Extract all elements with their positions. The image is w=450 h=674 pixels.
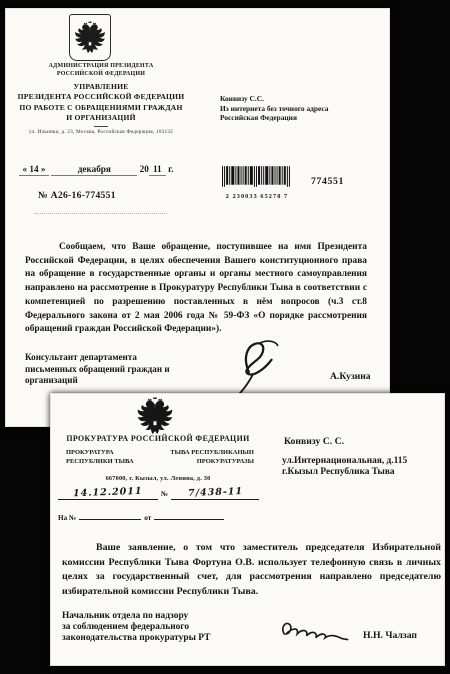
org-dept-line3: ПО РАБОТЕ С ОБРАЩЕНИЯМИ ГРАЖДАН xyxy=(5,103,197,113)
barcode: 2 230033 65278 7 xyxy=(221,166,293,200)
barcode-digits: 2 230033 65278 7 xyxy=(221,193,293,200)
recipient-address-line2: Российская Федерация xyxy=(220,113,328,123)
russia-coat-of-arms-icon xyxy=(74,19,106,57)
handwritten-number-value: 7/438-11 xyxy=(187,486,242,499)
barcode-number: 774551 xyxy=(311,176,344,187)
signer-name: А.Кузина xyxy=(330,371,371,382)
date-line: « 14 » декабря 2011 г. xyxy=(19,164,174,176)
signer-title-line2: письменных обращений граждан и xyxy=(25,364,235,376)
signer-title-line2: за соблюдением федерального xyxy=(62,622,292,633)
letter-body: Сообщаем, что Ваше обращение, поступивше… xyxy=(25,241,367,337)
na-label: На № xyxy=(58,514,76,522)
na-blank xyxy=(79,511,141,520)
recipient-address-line2: г.Кызыл Республика Тыва xyxy=(282,467,407,478)
date-month: декабря xyxy=(51,164,137,176)
signer-title: Начальник отдела по надзору за соблюдени… xyxy=(62,611,292,645)
signature-scribble-icon xyxy=(274,619,354,647)
coat-of-arms-wrap xyxy=(136,396,174,437)
reference-underline xyxy=(35,213,167,214)
org-ru-line2: РЕСПУБЛИКИ ТЫВА xyxy=(66,458,134,467)
org-header: ПРОКУРАТУРА РОССИЙСКОЙ ФЕДЕРАЦИИ xyxy=(54,434,262,443)
letter-presidential-administration: АДМИНИСТРАЦИЯ ПРЕЗИДЕНТА РОССИЙСКОЙ ФЕДЕ… xyxy=(5,8,390,427)
signer-title-line3: законодательства прокуратуры РТ xyxy=(62,633,292,644)
recipient-block: Конвизу С.С. Из интернета без точного ад… xyxy=(220,94,328,123)
org-dept-line4: И ОРГАНИЗАЦИЙ xyxy=(5,113,197,123)
barcode-icon xyxy=(222,166,292,187)
signer-title-line1: Консультант департамента xyxy=(25,352,235,364)
russia-coat-of-arms-icon xyxy=(136,396,174,437)
handwritten-number: 7/438-11 xyxy=(171,487,259,500)
org-dept-line2: ПРЕЗИДЕНТА РОССИЙСКОЙ ФЕДЕРАЦИИ xyxy=(5,92,197,102)
signer-title-line3: организаций xyxy=(25,375,235,387)
signer-name: Н.Н. Чалзап xyxy=(363,630,417,641)
date-year: 11 xyxy=(149,164,166,176)
org-tuvan-line1: ТЫВА РЕСПУБЛИКАНЫН xyxy=(170,449,254,458)
recipient-name: Конвизу С.С. xyxy=(220,94,328,104)
ot-label: от xyxy=(144,514,151,522)
org-bilingual-names: ПРОКУРАТУРА РЕСПУБЛИКИ ТЫВА ТЫВА РЕСПУБЛ… xyxy=(66,449,254,466)
date-suffix: г. xyxy=(168,164,173,174)
reference-number: № А26-16-774551 xyxy=(38,190,116,201)
handwritten-date: 14.12.2011 xyxy=(58,487,158,500)
recipient-name: Конвизу С. С. xyxy=(284,436,344,447)
recipient-address: ул.Интернациональная, д.115 г.Кызыл Респ… xyxy=(282,456,407,477)
org-ru-line1: ПРОКУРАТУРА xyxy=(66,449,134,458)
signature-scribble-icon xyxy=(218,336,290,400)
org-name: АДМИНИСТРАЦИЯ ПРЕЗИДЕНТА РОССИЙСКОЙ ФЕДЕ… xyxy=(5,63,197,78)
signer-title: Консультант департамента письменных обра… xyxy=(25,352,235,387)
handwritten-date-value: 14.12.2011 xyxy=(73,486,143,499)
org-address: ул. Ильинка, д. 23, Москва, Российская Ф… xyxy=(5,129,197,135)
org-department: УПРАВЛЕНИЕ ПРЕЗИДЕНТА РОССИЙСКОЙ ФЕДЕРАЦ… xyxy=(5,82,197,124)
org-name-russian: ПРОКУРАТУРА РЕСПУБЛИКИ ТЫВА xyxy=(66,449,134,466)
letter-body: Ваше заявление, о том что заместитель пр… xyxy=(62,541,441,600)
date-century: 20 xyxy=(140,164,149,174)
number-sign: № xyxy=(158,490,171,500)
org-dept-line1: УПРАВЛЕНИЕ xyxy=(5,82,197,92)
signer-title-line1: Начальник отдела по надзору xyxy=(62,611,292,622)
org-address: 667000, г. Кызыл, ул. Ленина, д. 30 xyxy=(54,475,262,482)
org-name-line2: РОССИЙСКОЙ ФЕДЕРАЦИИ xyxy=(5,71,197,79)
ot-blank xyxy=(154,511,224,520)
letter-prosecutor-tyva: ПРОКУРАТУРА РОССИЙСКОЙ ФЕДЕРАЦИИ ПРОКУРА… xyxy=(50,393,445,666)
outgoing-stamp-line: 14.12.2011 № 7/438-11 xyxy=(58,487,264,500)
org-name-tuvan: ТЫВА РЕСПУБЛИКАНЫН ПРОКУРАТУРАЗЫ xyxy=(170,449,254,466)
coat-of-arms-frame xyxy=(69,14,111,61)
recipient-address-line1: ул.Интернациональная, д.115 xyxy=(282,456,407,467)
org-tuvan-line2: ПРОКУРАТУРАЗЫ xyxy=(170,458,254,467)
header-divider xyxy=(94,126,108,127)
date-day: « 14 » xyxy=(19,164,49,176)
scan-background: { "colors": { "background": "#050505", "… xyxy=(0,0,450,674)
incoming-reference-line: На №от xyxy=(58,511,224,522)
org-name-line1: АДМИНИСТРАЦИЯ ПРЕЗИДЕНТА xyxy=(5,63,197,71)
recipient-address-line1: Из интернета без точного адреса xyxy=(220,104,328,114)
